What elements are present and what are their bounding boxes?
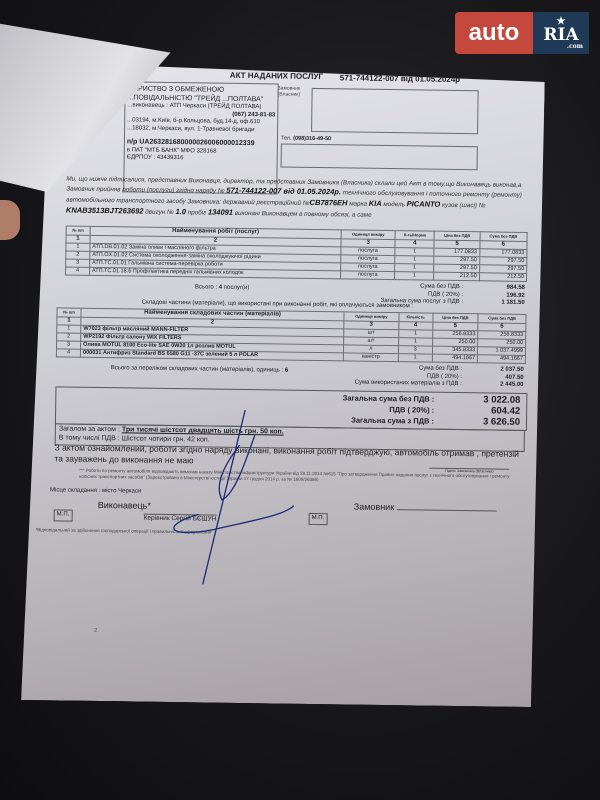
executor-signer: Керівник Сергій БЄШУН: [144, 514, 217, 524]
executor-label: Виконавець*: [98, 500, 151, 512]
words-vat: Шістсот чотири грн. 42 коп.: [122, 435, 210, 443]
vehicle-make: KIA: [369, 199, 382, 208]
seller-edrpou: 43439316: [157, 155, 184, 161]
works-cell: 4: [66, 267, 90, 275]
document-title: АКТ НАДАНИХ ПОСЛУГ: [230, 71, 323, 82]
parts-cell: 4: [56, 349, 80, 357]
words-vat-label: В тому числі ПДВ :: [59, 434, 120, 442]
customer-label: Замовник: [354, 502, 497, 515]
client-address-box: [281, 144, 478, 171]
vin-label: кузов (шасі) №: [442, 202, 486, 210]
parts-table: № п/пНайменування складових частин (мате…: [56, 307, 527, 364]
parts-vat-label: ПДВ ( 20%) :: [427, 373, 462, 379]
iban-label: п/р: [127, 139, 138, 146]
engine-volume: 1.0: [175, 207, 186, 216]
seller-iban: UA263281680000026006000012339: [139, 139, 254, 148]
intro-text-3: виконані Виконавцем в повному обсязі, а …: [235, 210, 372, 219]
vehicle-vin: KNAB3513BJT263692: [66, 205, 144, 215]
parts-cell: каністр: [343, 353, 398, 362]
watermark-suffix: .com: [567, 44, 583, 50]
client-phone-row: Тел. (098)316-49-50: [281, 136, 331, 144]
works-table: № п/пНайменування робіт (послуг)Одиниця …: [65, 226, 528, 282]
client-phone-label: Тел.: [281, 136, 292, 142]
license-plate: CB7876EH: [310, 198, 348, 208]
seller-edrpou-row: ЄДРПОУ : 43439316: [127, 155, 275, 165]
edrpou-label: ЄДРПОУ :: [127, 155, 155, 161]
works-cell: 212.50: [434, 272, 479, 281]
executor-stamp-box: М.П.: [54, 509, 73, 521]
parts-cell: 494.1667: [478, 355, 526, 364]
page-mark: 2: [94, 628, 97, 636]
parts-count-label: Всього за переліком складових частин (ма…: [111, 365, 284, 373]
works-header-cell: № п/п: [66, 226, 90, 235]
parts-sum-label: Сума без ПДВ :: [419, 365, 462, 372]
footnote: *Відповідальний за здійснення господарсь…: [35, 527, 211, 535]
vehicle-model: PICANTO: [407, 199, 441, 208]
make-label: марка: [349, 200, 367, 207]
words-total-label: Загалом за актом :: [59, 425, 120, 433]
client-phone: (098)316-49-50: [293, 136, 331, 143]
place-value: місто Черкаси: [102, 488, 141, 495]
customer-label-text: Замовник: [354, 502, 394, 513]
act-number: 571-744122-007 від 01.05.2024р: [340, 73, 460, 85]
parts-total-label: Сума використаних матеріалів з ПДВ :: [355, 380, 462, 387]
watermark-auto: auto: [455, 12, 533, 54]
grand-total: 3 626.50: [483, 416, 520, 428]
customer-stamp-box: М.П.: [309, 513, 328, 525]
works-cell: 1: [395, 272, 434, 281]
watermark-ria-text: RIA: [543, 27, 578, 44]
client-label: Замовник (Власник): [278, 85, 310, 98]
seller-name: ...АРИСТВО З ОБМЕЖЕНОЮ ...ПОВІДАЛЬНІСТЮ …: [127, 84, 275, 104]
vehicle-mileage: 134091: [208, 207, 233, 216]
works-count: 4: [219, 285, 222, 291]
works-cell: послуга: [341, 271, 395, 280]
service-act-document: АКТ НАДАНИХ ПОСЛУГ 571-744122-007 від 01…: [21, 62, 545, 707]
parts-total: 2 445.00: [463, 381, 523, 389]
engine-label: двигун №: [145, 208, 174, 215]
parts-count: 6: [285, 368, 288, 374]
grand-total-label: Загальна сума з ПДВ :: [351, 416, 434, 427]
order-number: 571-744122-007 від 01.05.2024р.: [226, 186, 341, 197]
parts-totals: Всього за переліком складових частин (ма…: [56, 360, 526, 389]
place-label: Місце складання :: [50, 487, 100, 494]
grand-vat-label: ПДВ ( 20%) :: [389, 405, 434, 415]
works-count-label: Всього :: [195, 284, 217, 290]
intro-paragraph: Ми, що нижче підписалися, представник Ви…: [66, 175, 527, 223]
client-name-box: [311, 88, 479, 134]
watermark-ria: ★ RIA .com: [533, 12, 589, 54]
hand-thumb: [0, 200, 20, 240]
words-total: Три тисячі шістсот двадцять шість грн. 5…: [122, 426, 284, 435]
grand-no-vat-label: Загальна сума без ПДВ :: [343, 393, 435, 404]
works-sum-label: Сума без ПДВ :: [420, 283, 463, 290]
works-vat-label: ПДВ ( 20%) :: [428, 291, 463, 297]
autoria-watermark: auto ★ RIA .com: [455, 12, 589, 54]
parts-column-number: 1: [57, 316, 81, 325]
works-total: 1 181.50: [465, 299, 525, 307]
mileage-label: пробіг: [188, 209, 207, 216]
works-cell: 212.50: [479, 273, 526, 282]
place-of-issue: Місце складання : місто Черкаси: [50, 487, 141, 496]
parts-cell: 494.1667: [432, 354, 478, 363]
model-label: модель: [383, 201, 405, 208]
seller-address-2: ...18032, м.Черкаси, вул. 1-Травневої бр…: [127, 125, 275, 135]
works-count-unit: послуг(и): [224, 285, 250, 291]
parts-cell: 1: [398, 354, 432, 362]
works-column-number: 1: [66, 235, 90, 244]
parts-header-cell: № п/п: [57, 308, 81, 317]
